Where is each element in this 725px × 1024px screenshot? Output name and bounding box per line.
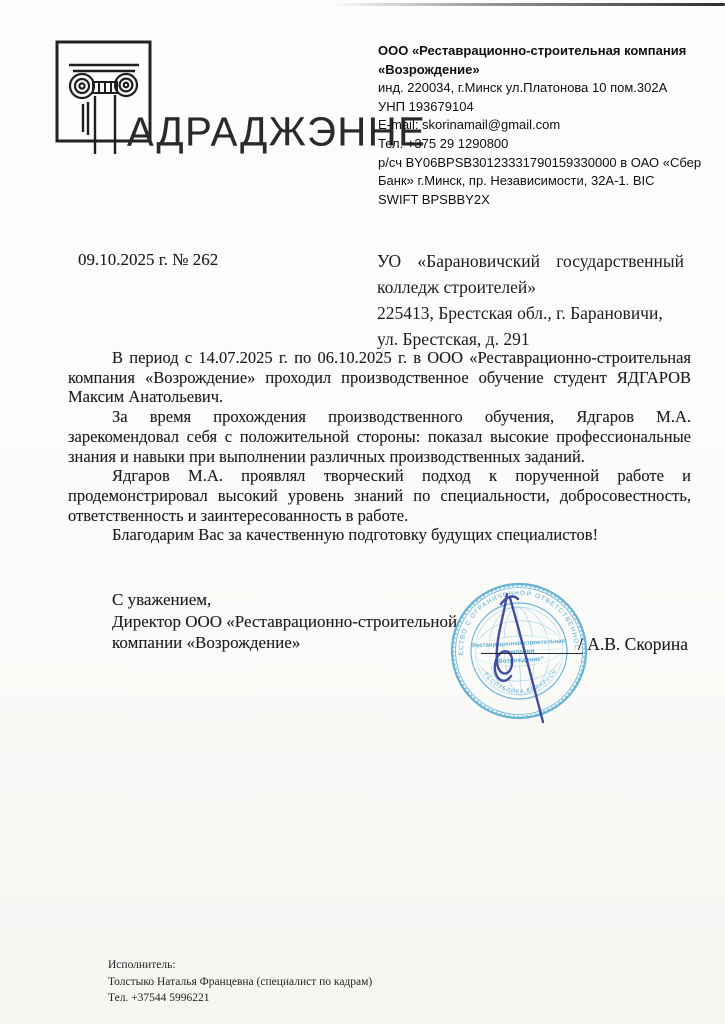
body-line: За время прохождения производственного о…	[68, 407, 691, 427]
body-line: зарекомендовал себя с положительной стор…	[68, 427, 691, 447]
closing-line: компании «Возрождение»	[112, 632, 457, 654]
body-line: Ядгаров М.А. проявлял творческий подход …	[68, 466, 691, 486]
letterhead-account: р/сч BY06BPSB30123331790159330000 в ОАО …	[378, 154, 710, 173]
letterhead-line: инд. 220034, г.Минск ул.Платонова 10 пом…	[378, 79, 710, 98]
closing-block: С уважением, Директор ООО «Реставрационн…	[112, 589, 457, 654]
letterhead-line: «Возрождение»	[378, 61, 710, 80]
addressee-line: УО «Барановичский государственный	[377, 248, 684, 274]
signature-line	[481, 613, 583, 654]
letterhead-swift: SWIFT BPSBBY2X	[378, 191, 710, 210]
letter-body: В период с 14.07.2025 г. по 06.10.2025 г…	[68, 348, 691, 545]
closing-line: С уважением,	[112, 589, 457, 611]
executor-phone: Тел. +37544 5996221	[108, 990, 372, 1007]
letterhead-line: ООО «Реставрационно-строительная компани…	[378, 42, 710, 61]
body-line: Максим Анатольевич.	[68, 387, 691, 407]
body-line: знания и навыки при выполнении различных…	[68, 447, 691, 467]
director-name: / А.В. Скорина	[578, 634, 688, 655]
handwritten-signature	[477, 588, 587, 728]
letterhead-email: E-mail: skorinamail@gmail.com	[378, 116, 710, 135]
body-line: продемонстрировал высокий уровень знаний…	[68, 486, 691, 506]
body-line: компания «Возрождение» проходил производ…	[68, 368, 691, 388]
signature-slash: /	[578, 634, 583, 654]
addressee-line: 225413, Брестская обл., г. Барановичи,	[377, 300, 684, 326]
scanned-letter-page: АДРАДЖЭННЕ ООО «Реставрационно-строитель…	[0, 0, 725, 1024]
addressee-line: колледж строителей»	[377, 274, 684, 300]
body-line: В период с 14.07.2025 г. по 06.10.2025 г…	[68, 348, 691, 368]
addressee-block: УО «Барановичский государственный коллед…	[377, 248, 684, 352]
letter-date-number: 09.10.2025 г. № 262	[78, 250, 218, 270]
letterhead-account: Банк» г.Минск, пр. Независимости, 32А-1.…	[378, 172, 710, 191]
letterhead-line: УНП 193679104	[378, 98, 710, 117]
body-line: Благодарим Вас за качественную подготовк…	[68, 525, 691, 545]
closing-line: Директор ООО «Реставрационно-строительно…	[112, 611, 457, 633]
letterhead-block: ООО «Реставрационно-строительная компани…	[378, 42, 710, 209]
executor-block: Исполнитель: Толстыко Наталья Францевна …	[108, 957, 372, 1007]
scan-edge-artifact	[330, 3, 725, 6]
executor-name: Толстыко Наталья Францевна (специалист п…	[108, 974, 372, 991]
letterhead-phone: Тел. +375 29 1290800	[378, 135, 710, 154]
body-line: ответственность и заинтересованность в р…	[68, 506, 691, 526]
executor-label: Исполнитель:	[108, 957, 372, 974]
signature-name-text: А.В. Скорина	[587, 634, 688, 654]
